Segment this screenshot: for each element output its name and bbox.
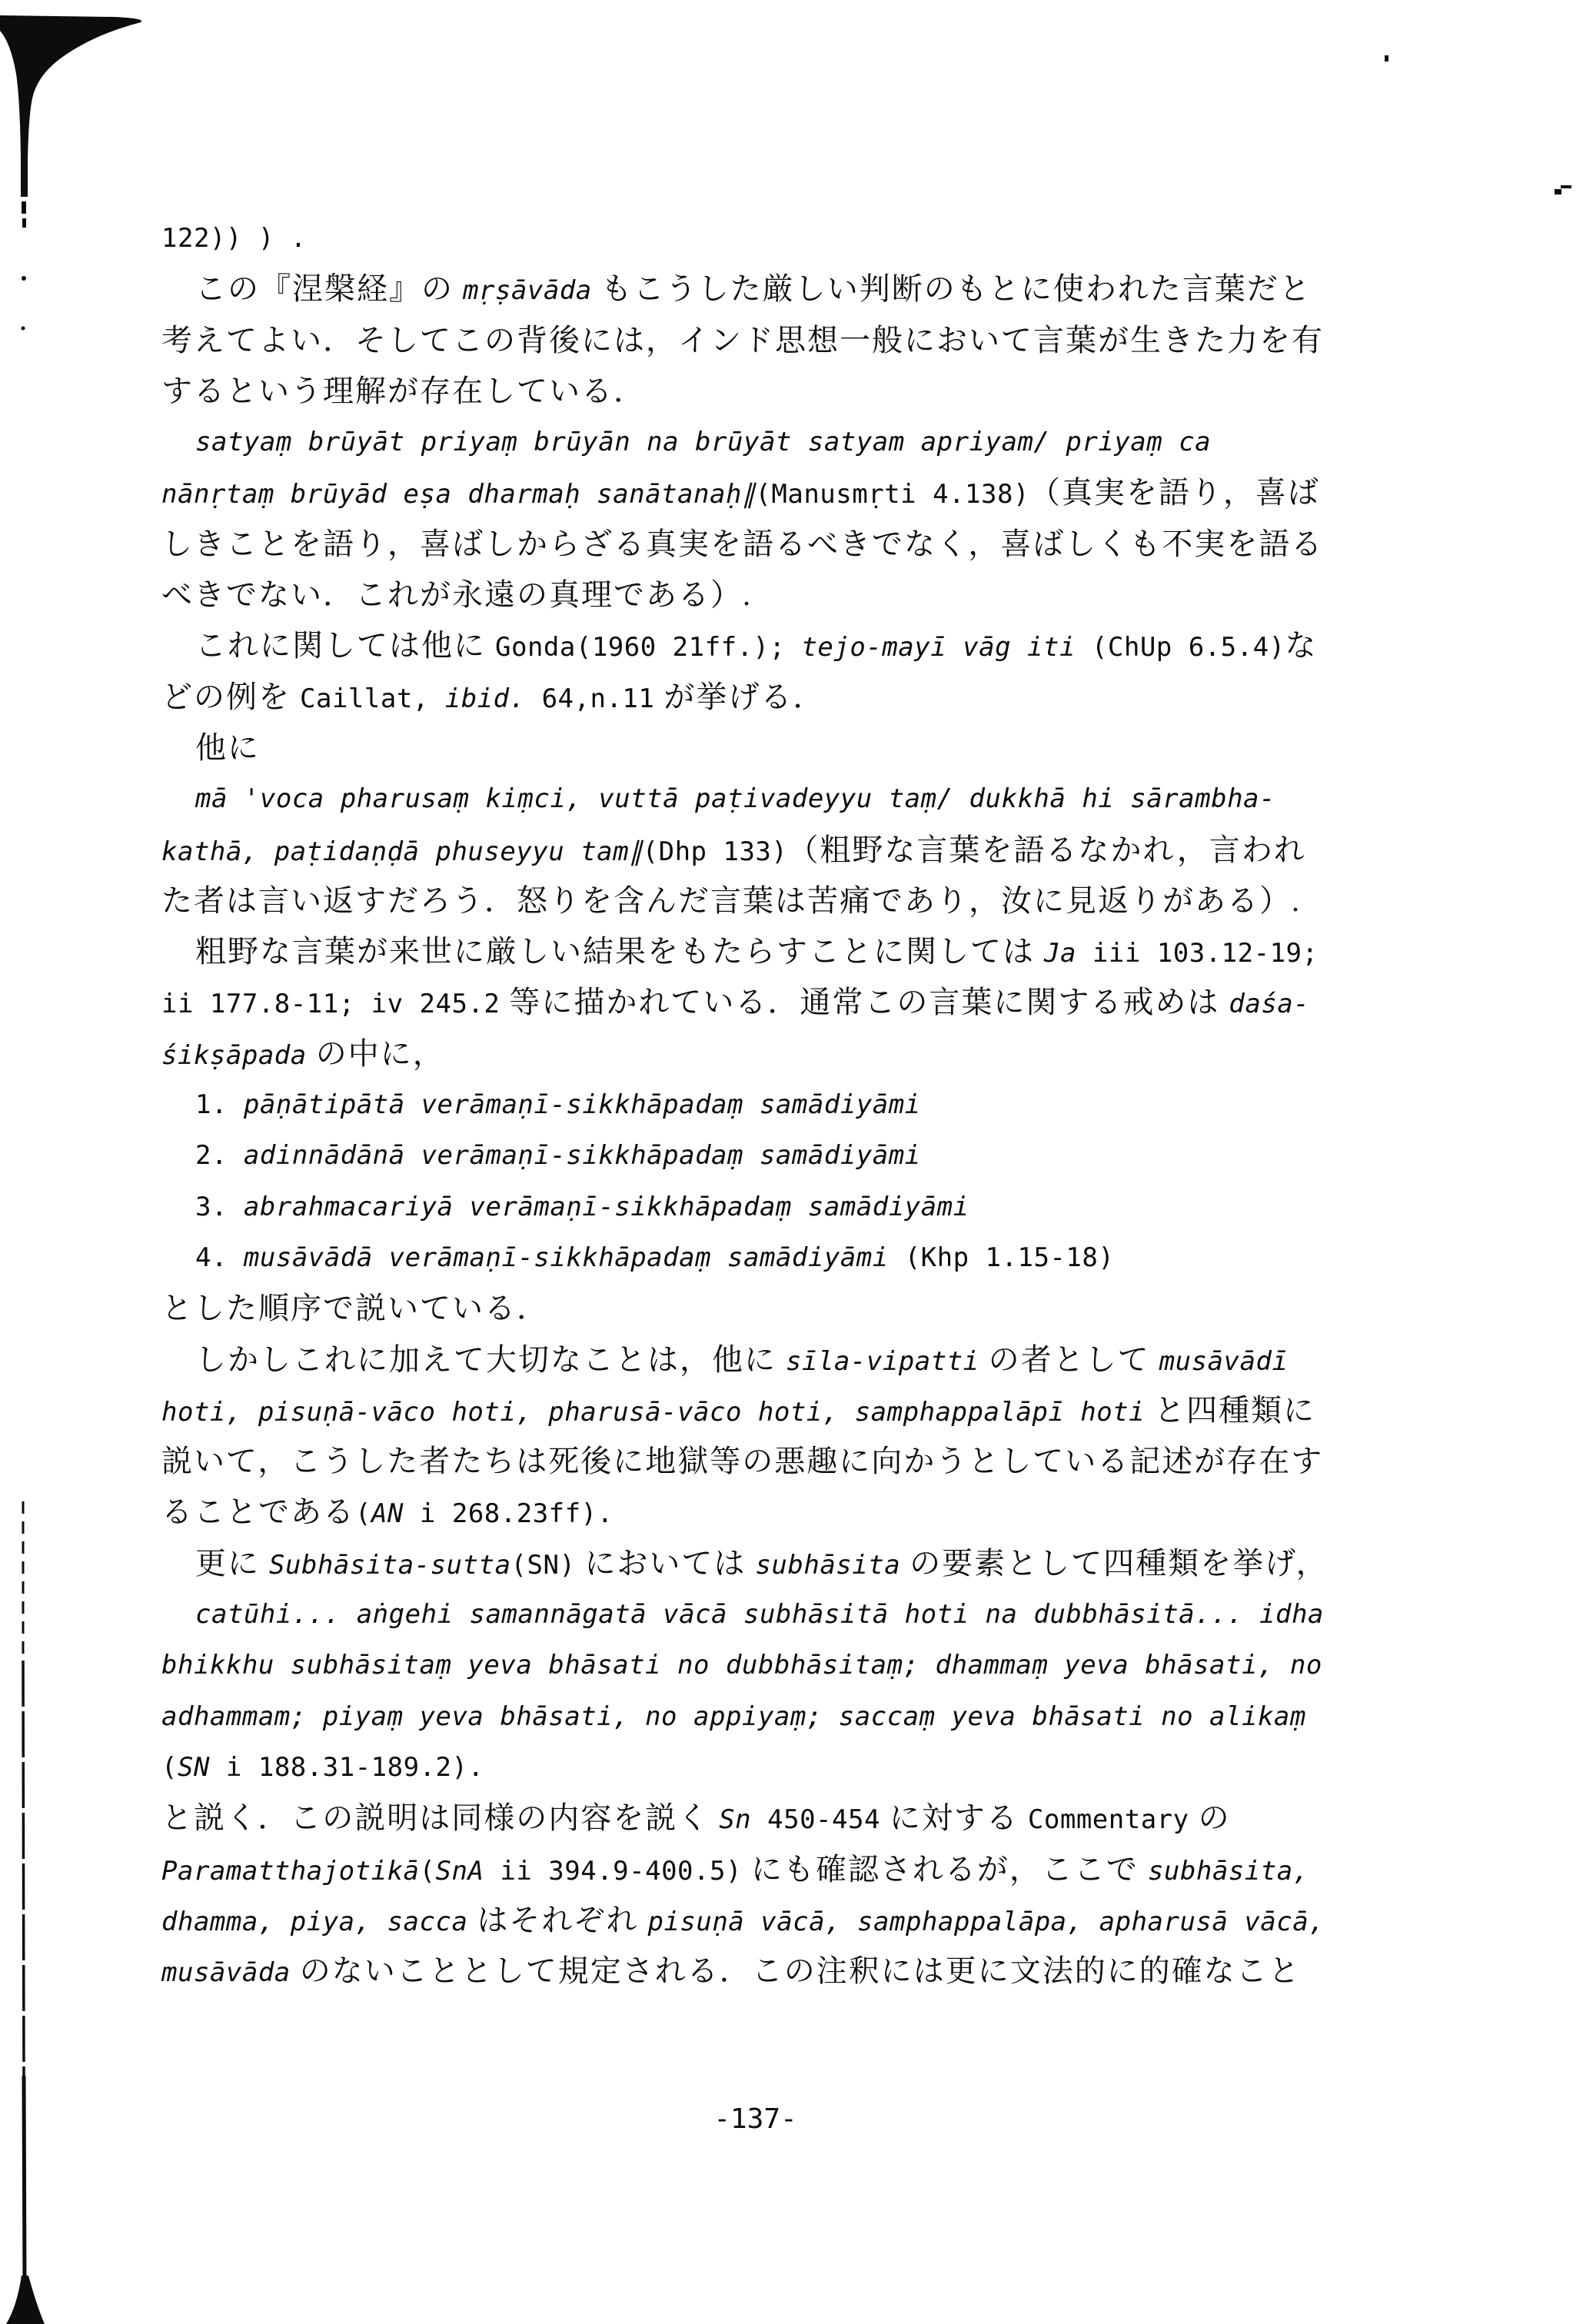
text-segment-latin: Commentary — [1028, 1804, 1189, 1835]
text-segment-pali: hoti, pisuṇā-vāco hoti, pharusā-vāco hot… — [161, 1397, 1145, 1428]
text-segment-jp: この『涅槃経』の — [195, 271, 463, 306]
text-segment-jp: （粗野な言葉を語るなかれ，言われ — [787, 833, 1305, 867]
text-segment-jp: どの例を — [161, 680, 300, 714]
ink-drip-dash-artifact — [22, 218, 26, 228]
text-segment-pali: subhāsita, — [1148, 1856, 1309, 1887]
text-segment-pali: kathā, paṭidaṇḍā phuseyyu tam∥ — [161, 836, 643, 867]
text-segment-jp: と四種類に — [1145, 1393, 1315, 1428]
text-segment-jp: 更に — [195, 1546, 269, 1581]
text-segment-pali: musāvādā verāmaṇī-sikkhāpadaṃ samādiyāmi — [244, 1242, 905, 1273]
text-segment-pali: Sn — [719, 1804, 751, 1835]
text-line: ることである(AN i 268.23ff). — [161, 1487, 1349, 1538]
text-block: 122)) ) .この『涅槃経』の mṛṣāvāda もこうした厳しい判断のもと… — [161, 213, 1349, 1997]
text-segment-latin: iii 103.12-19; — [1076, 938, 1319, 969]
text-segment-latin: ii 177.8-11; iv 245.2 — [161, 989, 500, 1019]
text-segment-pali: SnA — [436, 1856, 484, 1887]
text-segment-jp: 等に描かれている．通常この言葉に関する戒めは — [500, 985, 1229, 1019]
ink-blot-top-left-artifact — [0, 15, 141, 197]
text-segment-pali: śikṣāpada — [161, 1040, 307, 1071]
text-segment-jp: が挙げる． — [654, 680, 825, 714]
text-segment-jp: の中に， — [307, 1036, 445, 1071]
ink-drip-dot-artifact — [22, 327, 25, 331]
text-segment-latin: ( — [355, 1498, 371, 1529]
text-segment-jp: するという理解が存在している． — [161, 374, 646, 408]
text-segment-pali: catūhi... aṅgehi samannāgatā vācā subhās… — [195, 1599, 1324, 1630]
text-segment-latin: 1. — [195, 1089, 244, 1120]
speck-artifact — [1555, 189, 1561, 194]
text-line: dhamma, piya, sacca はそれぞれ pisuṇā vācā, s… — [161, 1895, 1349, 1946]
text-segment-latin: (Manusmṛti 4.138) — [755, 479, 1029, 510]
text-line: 122)) ) . — [161, 213, 1349, 264]
speck-artifact — [1561, 185, 1571, 188]
text-segment-jp: べきでない．これが永遠の真理である）. — [161, 577, 752, 612]
text-segment-latin: (Dhp 133) — [643, 836, 788, 867]
text-segment-jp: 他に — [195, 730, 260, 765]
text-segment-pali: subhāsita — [755, 1550, 900, 1581]
text-segment-jp: とした順序で説いている． — [161, 1291, 549, 1325]
text-line: 1. pāṇātipātā verāmaṇī-sikkhāpadaṃ samād… — [161, 1079, 1349, 1130]
text-segment-pali: Ja — [1044, 938, 1076, 969]
text-segment-latin: Gonda(1960 21ff.); — [495, 632, 801, 663]
page-number: -137- — [161, 2103, 1349, 2135]
text-segment-jp: もこうした厳しい判断のもとに使われた言葉だと — [592, 271, 1312, 306]
text-segment-pali: musāvādī — [1159, 1346, 1289, 1377]
text-segment-latin: 122)) ) . — [161, 223, 307, 254]
text-segment-jp: の — [1189, 1800, 1231, 1835]
text-line: これに関しては他に Gonda(1960 21ff.); tejo-mayī v… — [161, 620, 1349, 671]
text-line: しきことを語り，喜ばしからざる真実を語るべきでなく，喜ばしくも不実を語る — [161, 519, 1349, 570]
text-segment-jp: これに関しては他に — [195, 628, 495, 663]
text-segment-pali: mā 'voca pharusaṃ kiṃci, vuttā paṭivadey… — [195, 783, 1275, 814]
text-segment-jp: のないこととして規定される．この注釈には更に文法的に的確なこと — [291, 1953, 1301, 1988]
text-line: べきでない．これが永遠の真理である）. — [161, 570, 1349, 620]
scan-streak-flare-artifact — [6, 2276, 45, 2324]
text-segment-latin: 3. — [195, 1192, 244, 1222]
text-segment-jp: の要素として四種類を挙げ， — [900, 1546, 1328, 1581]
text-segment-jp: と説く．この説明は同様の内容を説く — [161, 1800, 719, 1835]
text-segment-latin: (Khp 1.15-18) — [905, 1242, 1115, 1273]
text-segment-pali: ibid. — [445, 683, 526, 714]
text-segment-latin: ( — [420, 1856, 436, 1887]
text-line: (SN i 188.31-189.2). — [161, 1742, 1349, 1793]
text-line: と説く．この説明は同様の内容を説く Sn 450-454 に対する Commen… — [161, 1793, 1349, 1844]
text-segment-pali: dhamma, piya, sacca — [161, 1907, 467, 1937]
text-line: kathā, paṭidaṇḍā phuseyyu tam∥(Dhp 133)（… — [161, 825, 1349, 876]
text-segment-jp: に対する — [880, 1800, 1028, 1835]
text-segment-pali: SN — [178, 1752, 210, 1783]
text-segment-latin: ii 394.9-400.5) — [484, 1856, 742, 1887]
ink-drip-dash-artifact — [22, 201, 26, 214]
ink-drip-dot-artifact — [22, 276, 26, 281]
text-segment-jp: にも確認されるが，ここで — [742, 1852, 1148, 1887]
text-line: musāvāda のないこととして規定される．この注釈には更に文法的に的確なこと — [161, 1946, 1349, 1997]
text-segment-latin: (ChUp 6.5.4) — [1092, 632, 1285, 663]
text-line: この『涅槃経』の mṛṣāvāda もこうした厳しい判断のもとに使われた言葉だと — [161, 264, 1349, 314]
text-segment-latin: Caillat, — [300, 683, 445, 714]
text-segment-pali: pāṇātipātā verāmaṇī-sikkhāpadaṃ samādiyā… — [244, 1089, 921, 1120]
text-segment-jp: しかしこれに加えて大切なことは，他に — [195, 1342, 786, 1377]
text-segment-latin: 64,n.11 — [526, 683, 655, 714]
text-segment-pali: musāvāda — [161, 1957, 291, 1988]
text-segment-latin: (SN) — [511, 1550, 576, 1581]
text-line: Paramatthajotikā(SnA ii 394.9-400.5) にも確… — [161, 1844, 1349, 1895]
text-segment-pali: sīla-vipatti — [786, 1346, 979, 1377]
text-segment-pali: adinnādānā verāmaṇī-sikkhāpadaṃ samādiyā… — [244, 1140, 921, 1171]
text-segment-pali: AN — [371, 1498, 404, 1529]
text-segment-pali: daśa- — [1229, 989, 1309, 1019]
text-segment-pali: satyaṃ brūyāt priyaṃ brūyān na brūyāt sa… — [195, 427, 1211, 457]
text-segment-latin: i 188.31-189.2). — [210, 1752, 484, 1783]
scan-streak-artifact — [23, 1661, 24, 2076]
text-segment-pali: adhammam; piyaṃ yeva bhāsati, no appiyaṃ… — [161, 1701, 1306, 1732]
text-line: mā 'voca pharusaṃ kiṃci, vuttā paṭivadey… — [161, 773, 1349, 824]
text-segment-jp: た者は言い返すだろう．怒りを含んだ言葉は苦痛であり，汝に見返りがある）. — [161, 883, 1301, 918]
text-line: bhikkhu subhāsitaṃ yeva bhāsati no dubbh… — [161, 1640, 1349, 1691]
text-line: catūhi... aṅgehi samannāgatā vācā subhās… — [161, 1589, 1349, 1640]
text-segment-latin: 450-454 — [751, 1804, 880, 1835]
text-segment-pali: nānṛtaṃ brūyād eṣa dharmaḥ sanātanaḥ∥ — [161, 479, 755, 510]
text-segment-jp: しきことを語り，喜ばしからざる真実を語るべきでなく，喜ばしくも不実を語る — [161, 527, 1323, 561]
text-segment-latin: ( — [161, 1752, 178, 1783]
text-segment-pali: Paramatthajotikā — [161, 1856, 420, 1887]
text-segment-jp: ることである — [161, 1494, 355, 1529]
text-segment-jp: （真実を語り，喜ば — [1029, 475, 1320, 510]
text-line: 考えてよい．そしてこの背後には，インド思想一般において言葉が生きた力を有 — [161, 315, 1349, 366]
text-segment-pali: mṛṣāvāda — [463, 275, 592, 306]
scan-streak-artifact — [24, 2076, 25, 2287]
text-segment-pali: tejo-mayī vāg iti — [801, 632, 1091, 663]
text-segment-jp: 考えてよい．そしてこの背後には，インド思想一般において言葉が生きた力を有 — [161, 323, 1324, 357]
text-segment-pali: Subhāsita-sutta — [269, 1550, 511, 1581]
text-line: た者は言い返すだろう．怒りを含んだ言葉は苦痛であり，汝に見返りがある）. — [161, 876, 1349, 926]
text-line: 更に Subhāsita-sutta(SN) においては subhāsita の… — [161, 1538, 1349, 1589]
text-line: hoti, pisuṇā-vāco hoti, pharusā-vāco hot… — [161, 1385, 1349, 1436]
text-segment-pali: bhikkhu subhāsitaṃ yeva bhāsati no dubbh… — [161, 1650, 1322, 1681]
text-segment-pali: abrahmacariyā verāmaṇī-sikkhāpadaṃ samād… — [244, 1192, 969, 1222]
text-line: 粗野な言葉が来世に厳しい結果をもたらすことに関しては Ja iii 103.12… — [161, 926, 1349, 977]
text-line: しかしこれに加えて大切なことは，他に sīla-vipatti の者として mu… — [161, 1335, 1349, 1385]
text-segment-jp: 説いて，こうした者たちは死後に地獄等の悪趣に向かうとしている記述が存在す — [161, 1444, 1323, 1478]
text-line: するという理解が存在している． — [161, 366, 1349, 417]
speck-artifact — [1385, 55, 1388, 62]
text-line: とした順序で説いている． — [161, 1283, 1349, 1334]
text-line: 2. adinnādānā verāmaṇī-sikkhāpadaṃ samād… — [161, 1130, 1349, 1181]
text-segment-latin: 4. — [195, 1242, 244, 1273]
text-line: śikṣāpada の中に， — [161, 1029, 1349, 1079]
text-line: 3. abrahmacariyā verāmaṇī-sikkhāpadaṃ sa… — [161, 1182, 1349, 1232]
scanned-document-page: 122)) ) .この『涅槃経』の mṛṣāvāda もこうした厳しい判断のもと… — [0, 0, 1583, 2324]
text-segment-jp: はそれぞれ — [467, 1903, 647, 1937]
text-segment-jp: の者として — [979, 1342, 1159, 1377]
text-line: nānṛtaṃ brūyād eṣa dharmaḥ sanātanaḥ∥(Ma… — [161, 467, 1349, 518]
text-segment-latin: 2. — [195, 1140, 244, 1171]
text-line: adhammam; piyaṃ yeva bhāsati, no appiyaṃ… — [161, 1691, 1349, 1742]
text-line: 他に — [161, 723, 1349, 773]
text-line: どの例を Caillat, ibid. 64,n.11 が挙げる． — [161, 672, 1349, 723]
text-line: 説いて，こうした者たちは死後に地獄等の悪趣に向かうとしている記述が存在す — [161, 1436, 1349, 1487]
text-segment-latin: i 268.23ff). — [404, 1498, 614, 1529]
text-line: 4. musāvādā verāmaṇī-sikkhāpadaṃ samādiy… — [161, 1232, 1349, 1283]
text-segment-pali: pisuṇā vācā, samphappalāpa, apharusā vāc… — [647, 1907, 1325, 1937]
text-segment-jp: 粗野な言葉が来世に厳しい結果をもたらすことに関しては — [195, 934, 1044, 969]
text-line: satyaṃ brūyāt priyaṃ brūyān na brūyāt sa… — [161, 417, 1349, 467]
text-segment-jp: においては — [575, 1546, 755, 1581]
text-segment-jp: な — [1285, 628, 1318, 663]
text-line: ii 177.8-11; iv 245.2 等に描かれている．通常この言葉に関す… — [161, 977, 1349, 1028]
